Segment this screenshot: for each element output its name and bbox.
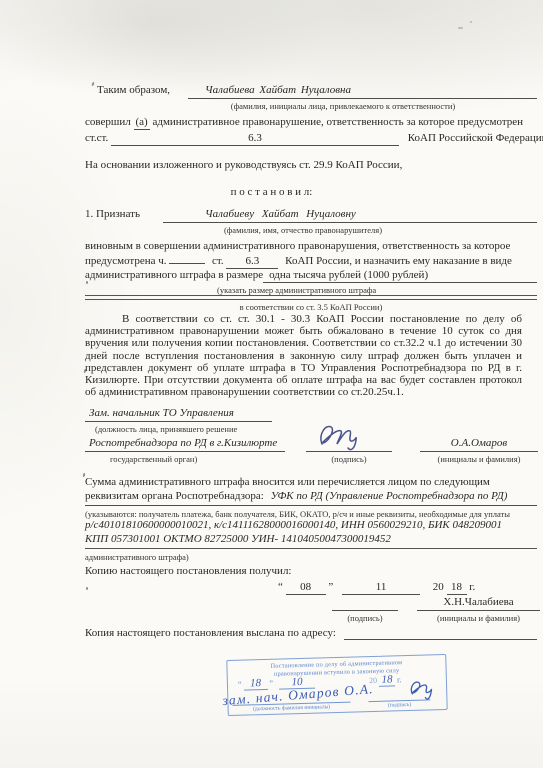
guilty-post: КоАП России, и назначить ему наказание в… [285,255,512,267]
signer-org: Роспотребнадзора по РД в г.Кизилюрте [85,437,285,452]
scan-artifact [458,27,463,29]
payment-line2-value: УФК по РД (Управление Роспотребнадзора п… [271,490,508,502]
stamp-caption-right: (подпись) [368,699,430,709]
signature-scribble [314,420,372,454]
guilty-st-label: ст. [212,255,224,267]
payment-rule [85,548,537,549]
articles-suffix: КоАП Российской Федерации [408,132,543,144]
fine-caption2: в соответствии со ст. 3.5 КоАП России) [85,302,537,312]
fine-caption1: (указать размер административного штрафа [217,285,376,295]
date-month: 11 [342,581,420,595]
date-day: 08 [286,581,326,595]
stamp-quote-open: “ [238,680,242,689]
stamp-year: 18 [379,673,395,686]
thus-label: Таким образом, [97,84,170,97]
scan-artifact [86,587,88,590]
received-sign-blank [332,596,398,611]
signer-position: Зам. начальник ТО Управления [85,407,272,422]
signer-sign-caption: (подпись) [306,454,392,464]
scan-artifact [470,21,472,23]
fine-pre: административного штрафа в размере [85,269,263,283]
copy-sent-label: Копия настоящего постановления выслана п… [85,627,336,640]
stamp-year-suffix: г. [397,675,402,684]
appeal-paragraph: В соответствии со ст. ст. 30.1 - 30.3 Ко… [85,313,522,398]
date-year-prefix: 20 [433,581,444,593]
committed-pre: совершил [85,116,131,128]
date-quote-close: ” [328,581,333,593]
signer-name: О.А.Омаров [420,437,538,450]
offender-name-value: Чалабиеву Хайбат Нуцаловну [205,208,356,221]
committed-post: административное правонарушение, ответст… [152,116,523,128]
basis-line: На основании изложенного и руководствуяс… [85,159,402,172]
signer-position-caption: (должность лица, принявшего решение [95,424,237,434]
document-page: Таким образом, Чалабиева Хайбат Нуцаловн… [0,0,543,768]
committed-gender-mark: (а) [134,116,150,130]
date-quote-open: “ [278,581,283,593]
offender-fullname-caption: (фамилия, инициалы лица, привлекаемого к… [188,101,498,111]
payment-details-line2: КПП 057301001 ОКТМО 82725000 УИН- 141040… [85,533,391,546]
signer-org-caption: государственный орган) [110,454,197,464]
date-year-suffix: г. [469,581,475,593]
payment-line1: Сумма административного штрафа вносится … [85,476,537,489]
date-year: 18 [447,581,467,595]
stamp-day: 18 [243,677,267,691]
guilty-article-value: 6.3 [226,255,278,269]
offender-name-caption: (фамилия, имя, отчество правонарушителя) [163,225,443,235]
scan-artifact [91,82,94,86]
received-name-caption: (инициалы и фамилия) [417,613,540,623]
payment-details-line1: р/с40101810600000010021, к/с141116280000… [85,519,502,532]
signature-line [306,436,392,452]
separator-rule [85,299,537,300]
guilty-part-blank [169,263,205,264]
copy-sent-blank [344,627,537,640]
stamp-quote-close: ” [269,679,273,688]
payment-caption-top: (указываются: получатель платежа, банк п… [85,509,510,519]
resolution-heading: п о с т а н о в и л: [0,186,543,199]
received-name: Х.Н.Чалабиева [417,596,540,609]
legal-force-stamp: Постановление по делу об административно… [226,654,447,716]
payment-caption-bottom: административного штрафа) [85,552,189,562]
articles-value: 6.3 [111,132,399,146]
payment-line2-label: реквизитам органа Роспотребнадзора: [85,490,264,502]
offender-fullname-value: Чалабиева Хайбат Нуцаловна [205,84,351,97]
signer-name-caption: (инициалы и фамилия) [420,454,538,464]
guilty-pre: предусмотрена ч. [85,255,167,267]
received-sign-caption: (подпись) [322,613,408,623]
fine-value: одна тысяча рублей (1000 рублей) [263,269,537,283]
copy-received-label: Копию настоящего постановления получил: [85,565,292,578]
guilty-line1: виновным в совершении административного … [85,240,510,253]
recognize-label: 1. Признать [85,208,140,221]
articles-label: ст.ст. [85,132,108,144]
